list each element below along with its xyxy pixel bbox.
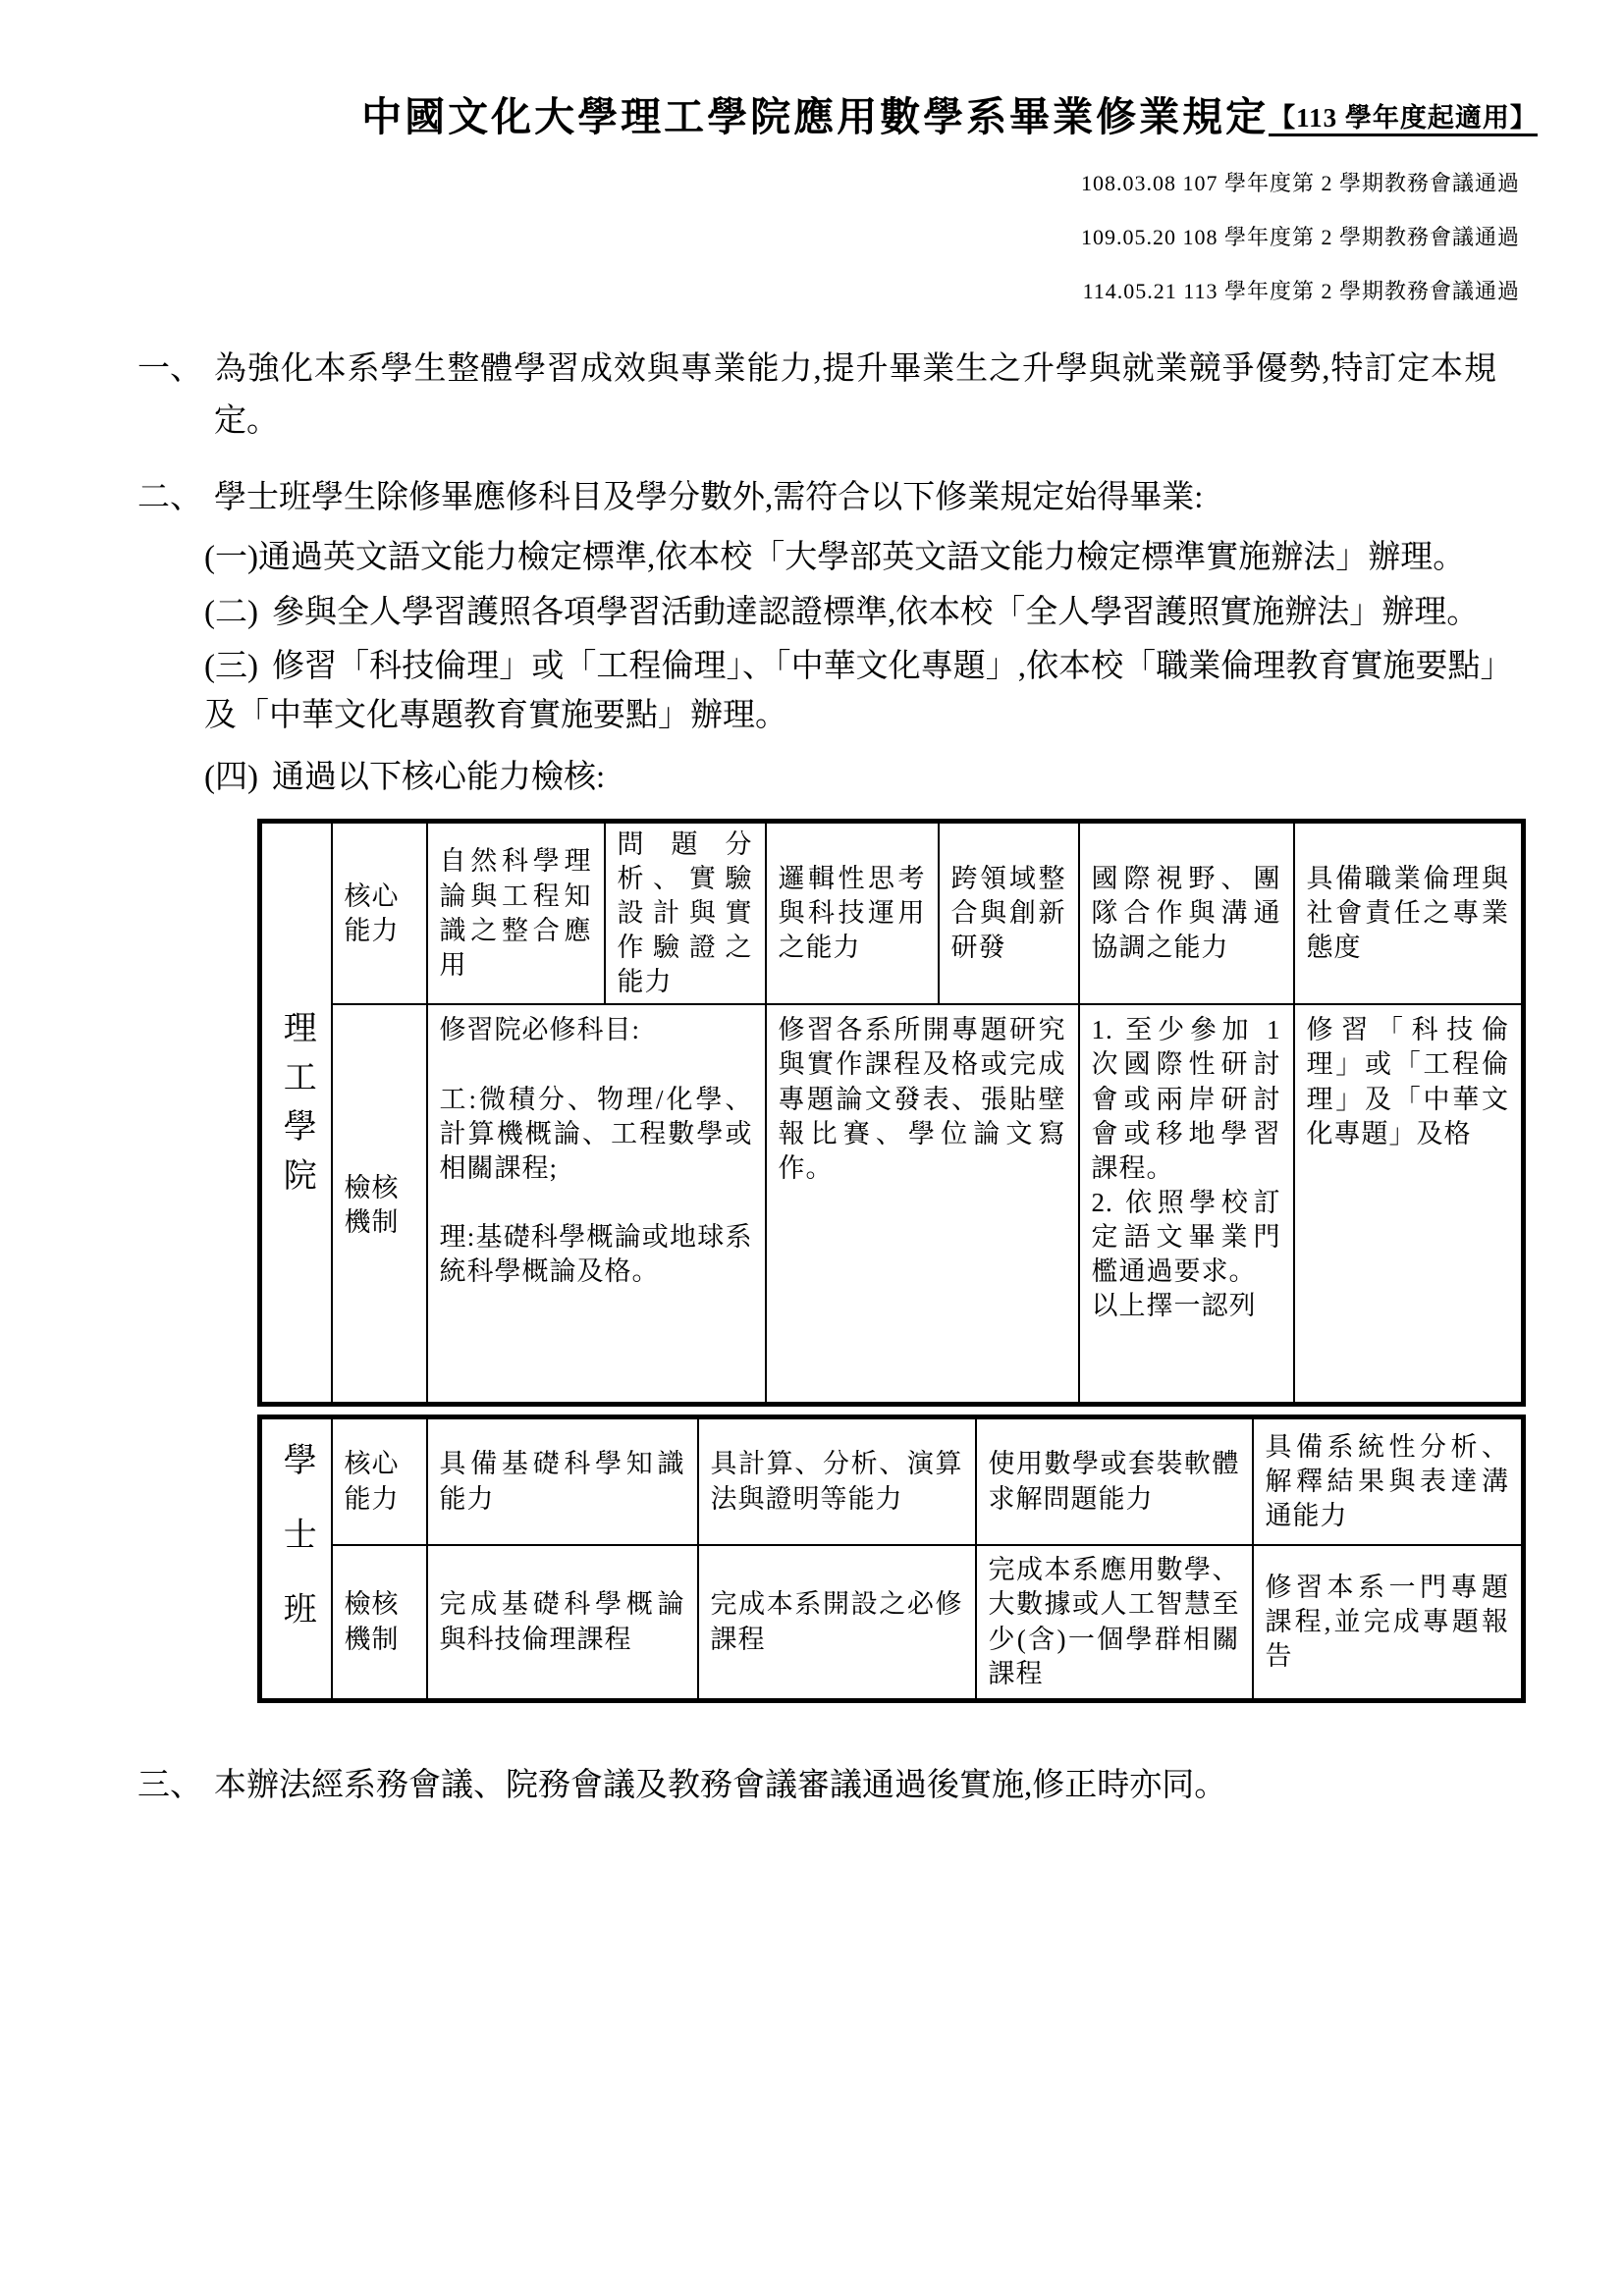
subclause-text: 修習「科技倫理」或「工程倫理」、「中華文化專題」,依本校「職業倫理教育實施要點」… (204, 649, 1496, 733)
revision-line: 108.03.08 107 學年度第 2 學期教務會議通過 (0, 156, 1520, 210)
revision-line: 109.05.20 108 學年度第 2 學期教務會議通過 (0, 210, 1520, 264)
clause-number: 二、 (137, 472, 202, 524)
row-label-core-ability: 核心 能力 (332, 821, 427, 1004)
bachelor-check-cell-4: 修習本系一門專題課程,並完成專題報告 (1253, 1545, 1524, 1700)
clause-text: 為強化本系學生整體學習成效與專業能力,提升畢業生之升學與就業競爭優勢,特訂定本規… (214, 351, 1496, 439)
college-check-cell-3: 1. 至少參加 1 次國際性研討會或兩岸研討會或移地學習課程。 2. 依照學校訂… (1079, 1004, 1294, 1404)
college-check-cell-1: 修習院必修科目: 工:微積分、物理/化學、計算機概論、工程數學或相關課程; 理:… (427, 1004, 766, 1404)
bachelor-core-cell-3: 使用數學或套裝軟體求解問題能力 (976, 1416, 1253, 1545)
bachelor-core-ability-table: 學士班 核心 能力 具備基礎科學知識能力 具計算、分析、演算法與證明等能力 使用… (257, 1415, 1526, 1703)
college-core-cell-1: 自然科學理論與工程知識之整合應用 (427, 821, 605, 1004)
subclause-4: (四)通過以下核心能力檢核: (204, 754, 1496, 803)
subclause-number: (三) (204, 649, 258, 684)
college-core-ability-table: 理工學院 核心 能力 自然科學理論與工程知識之整合應用 問題分析、實驗設計與實作… (257, 819, 1526, 1407)
subclause-number: (四) (204, 760, 258, 795)
rowgroup-college: 理工學院 (260, 821, 332, 1404)
bachelor-check-row: 檢核 機制 完成基礎科學概論與科技倫理課程 完成本系開設之必修課程 完成本系應用… (260, 1545, 1524, 1700)
rowgroup-label: 學士班 (274, 1442, 317, 1666)
subclause-text: 參與全人學習護照各項學習活動達認證標準,依本校「全人學習護照實施辦法」辦理。 (272, 595, 1479, 630)
clause-3: 三、 本辦法經系務會議、院務會議及教務會議審議通過後實施,修正時亦同。 (137, 1760, 1496, 1812)
college-core-row: 理工學院 核心 能力 自然科學理論與工程知識之整合應用 問題分析、實驗設計與實作… (260, 821, 1524, 1004)
rowgroup-bachelor: 學士班 (260, 1416, 332, 1700)
bachelor-core-cell-4: 具備系統性分析、解釋結果與表達溝通能力 (1253, 1416, 1524, 1545)
revision-history: 108.03.08 107 學年度第 2 學期教務會議通過 109.05.20 … (0, 156, 1520, 318)
clause-number: 三、 (137, 1760, 202, 1812)
college-core-cell-2: 問題分析、實驗設計與實作驗證之能力 (605, 821, 766, 1004)
document-page: 中國文化大學理工學院應用數學系畢業修業規定【113 學年度起適用】 108.03… (0, 0, 1624, 2296)
clause-text: 學士班學生除修畢應修科目及學分數外,需符合以下修業規定始得畢業: (214, 480, 1203, 515)
subclause-number: (二) (204, 595, 258, 630)
subclause-1: (一)通過英文語文能力檢定標準,依本校「大學部英文語文能力檢定標準實施辦法」辦理… (204, 534, 1496, 583)
college-core-cell-4: 跨領域整合與創新研發 (939, 821, 1079, 1004)
college-check-cell-4: 修習「科技倫理」或「工程倫理」及「中華文化專題」及格 (1294, 1004, 1524, 1404)
college-core-cell-3: 邏輯性思考與科技運用之能力 (766, 821, 939, 1004)
subclause-text: 通過英文語文能力檢定標準,依本校「大學部英文語文能力檢定標準實施辦法」辦理。 (258, 540, 1465, 575)
clause-text: 本辦法經系務會議、院務會議及教務會議審議通過後實施,修正時亦同。 (214, 1768, 1226, 1803)
subclause-text: 通過以下核心能力檢核: (272, 760, 605, 795)
row-label-core-ability: 核心 能力 (332, 1416, 427, 1545)
bachelor-check-cell-2: 完成本系開設之必修課程 (698, 1545, 976, 1700)
document-header: 中國文化大學理工學院應用數學系畢業修業規定【113 學年度起適用】 (0, 0, 1624, 142)
clause-number: 一、 (137, 344, 202, 396)
bachelor-check-cell-3: 完成本系應用數學、大數據或人工智慧至少(含)一個學群相關課程 (976, 1545, 1253, 1700)
page-title: 中國文化大學理工學院應用數學系畢業修業規定 (361, 94, 1269, 139)
row-label-check-mechanism: 檢核 機制 (332, 1004, 427, 1404)
college-core-cell-5: 國際視野、團隊合作與溝通協調之能力 (1079, 821, 1294, 1004)
college-core-cell-6: 具備職業倫理與社會責任之專業態度 (1294, 821, 1524, 1004)
row-label-check-mechanism: 檢核 機制 (332, 1545, 427, 1700)
applicable-year-note: 【113 學年度起適用】 (1269, 103, 1538, 136)
document-body: 一、 為強化本系學生整體學習成效與專業能力,提升畢業生之升學與就業競爭優勢,特訂… (0, 344, 1624, 1812)
bachelor-core-cell-2: 具計算、分析、演算法與證明等能力 (698, 1416, 976, 1545)
revision-line: 114.05.21 113 學年度第 2 學期教務會議通過 (0, 264, 1520, 318)
clause-1: 一、 為強化本系學生整體學習成效與專業能力,提升畢業生之升學與就業競爭優勢,特訂… (137, 344, 1496, 449)
bachelor-core-cell-1: 具備基礎科學知識能力 (427, 1416, 698, 1545)
subclause-3: (三)修習「科技倫理」或「工程倫理」、「中華文化專題」,依本校「職業倫理教育實施… (204, 643, 1496, 740)
clause-2: 二、 學士班學生除修畢應修科目及學分數外,需符合以下修業規定始得畢業: (137, 472, 1496, 524)
rowgroup-label: 理工學院 (274, 1010, 317, 1206)
college-check-row: 檢核 機制 修習院必修科目: 工:微積分、物理/化學、計算機概論、工程數學或相關… (260, 1004, 1524, 1404)
bachelor-core-row: 學士班 核心 能力 具備基礎科學知識能力 具計算、分析、演算法與證明等能力 使用… (260, 1416, 1524, 1545)
bachelor-check-cell-1: 完成基礎科學概論與科技倫理課程 (427, 1545, 698, 1700)
subclause-number: (一) (204, 540, 258, 575)
subclause-2: (二)參與全人學習護照各項學習活動達認證標準,依本校「全人學習護照實施辦法」辦理… (204, 589, 1496, 638)
college-check-cell-2: 修習各系所開專題研究與實作課程及格或完成專題論文發表、張貼壁報比賽、學位論文寫作… (766, 1004, 1079, 1404)
